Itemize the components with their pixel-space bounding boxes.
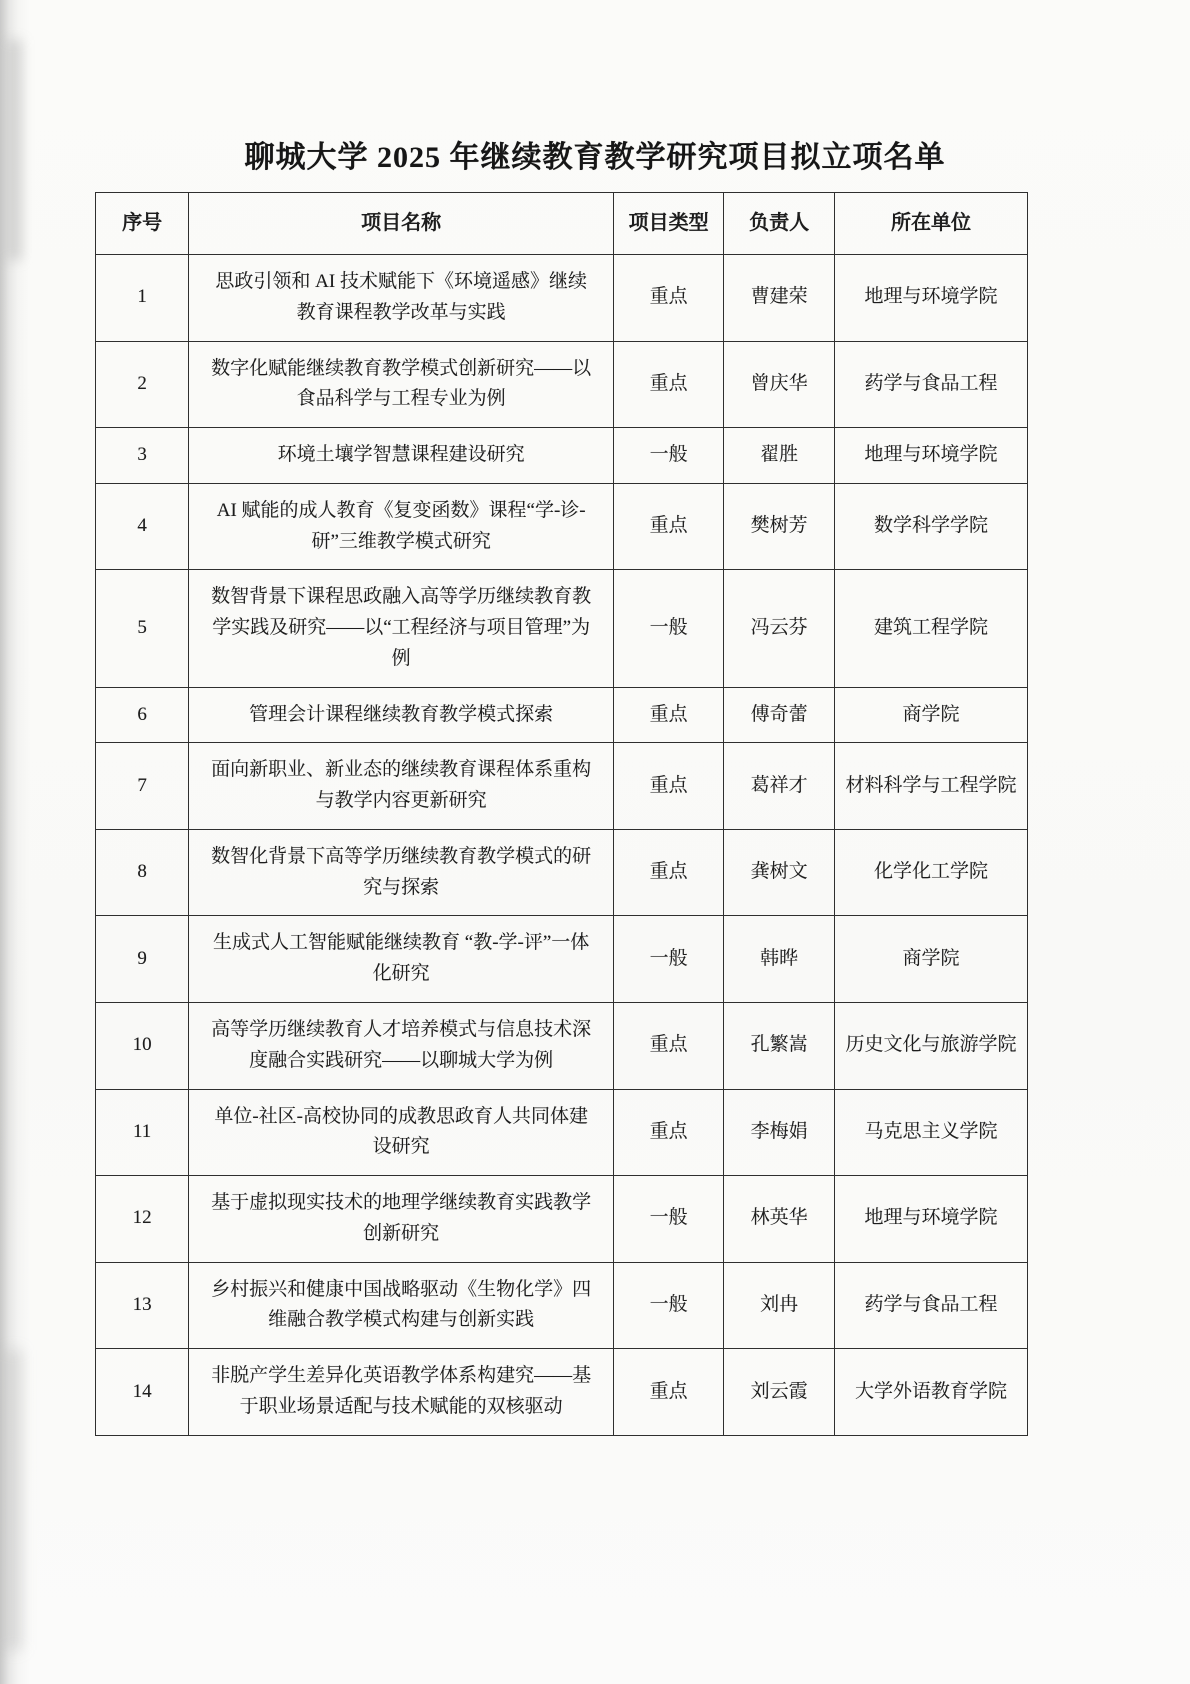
column-header-no: 序号: [96, 193, 189, 255]
row-number-cell: 7: [96, 743, 189, 830]
project-type-cell: 一般: [614, 1262, 724, 1349]
table-row: 9 生成式人工智能赋能继续教育 “教-学-评”一体化研究 一般 韩晔 商学院: [96, 916, 1028, 1003]
row-number-cell: 5: [96, 570, 189, 687]
row-number-cell: 6: [96, 687, 189, 743]
project-name-cell: 数智背景下课程思政融入高等学历继续教育教学实践及研究——以“工程经济与项目管理”…: [189, 570, 614, 687]
table-row: 7 面向新职业、新业态的继续教育课程体系重构与教学内容更新研究 重点 葛祥才 材…: [96, 743, 1028, 830]
row-number-cell: 8: [96, 829, 189, 916]
row-number-cell: 9: [96, 916, 189, 1003]
unit-cell: 药学与食品工程: [835, 341, 1028, 428]
unit-cell: 商学院: [835, 916, 1028, 1003]
row-number-cell: 13: [96, 1262, 189, 1349]
column-header-name: 项目名称: [189, 193, 614, 255]
project-name-cell: 数字化赋能继续教育教学模式创新研究——以食品科学与工程专业为例: [189, 341, 614, 428]
table-row: 6 管理会计课程继续教育教学模式探索 重点 傅奇蕾 商学院: [96, 687, 1028, 743]
project-type-cell: 重点: [614, 1003, 724, 1090]
leader-cell: 龚树文: [724, 829, 835, 916]
table-body: 1 思政引领和 AI 技术赋能下《环境遥感》继续教育课程教学改革与实践 重点 曹…: [96, 255, 1028, 1436]
row-number-cell: 11: [96, 1089, 189, 1176]
leader-cell: 冯云芬: [724, 570, 835, 687]
leader-cell: 翟胜: [724, 428, 835, 484]
column-header-type: 项目类型: [614, 193, 724, 255]
leader-cell: 韩晔: [724, 916, 835, 1003]
project-name-cell: 基于虚拟现实技术的地理学继续教育实践教学创新研究: [189, 1176, 614, 1263]
table-row: 8 数智化背景下高等学历继续教育教学模式的研究与探索 重点 龚树文 化学化工学院: [96, 829, 1028, 916]
project-type-cell: 一般: [614, 570, 724, 687]
project-type-cell: 一般: [614, 1176, 724, 1263]
project-type-cell: 一般: [614, 428, 724, 484]
table-row: 10 高等学历继续教育人才培养模式与信息技术深度融合实践研究——以聊城大学为例 …: [96, 1003, 1028, 1090]
unit-cell: 地理与环境学院: [835, 1176, 1028, 1263]
table-row: 14 非脱产学生差异化英语教学体系构建究——基于职业场景适配与技术赋能的双核驱动…: [96, 1349, 1028, 1436]
leader-cell: 樊树芳: [724, 483, 835, 570]
row-number-cell: 1: [96, 255, 189, 342]
leader-cell: 傅奇蕾: [724, 687, 835, 743]
unit-cell: 商学院: [835, 687, 1028, 743]
table-row: 12 基于虚拟现实技术的地理学继续教育实践教学创新研究 一般 林英华 地理与环境…: [96, 1176, 1028, 1263]
project-type-cell: 重点: [614, 743, 724, 830]
project-type-cell: 重点: [614, 1089, 724, 1176]
row-number-cell: 10: [96, 1003, 189, 1090]
project-type-cell: 重点: [614, 341, 724, 428]
leader-cell: 葛祥才: [724, 743, 835, 830]
table-row: 13 乡村振兴和健康中国战略驱动《生物化学》四维融合教学模式构建与创新实践 一般…: [96, 1262, 1028, 1349]
table-row: 3 环境土壤学智慧课程建设研究 一般 翟胜 地理与环境学院: [96, 428, 1028, 484]
page-title: 聊城大学 2025 年继续教育教学研究项目拟立项名单: [0, 132, 1190, 176]
project-name-cell: 生成式人工智能赋能继续教育 “教-学-评”一体化研究: [189, 916, 614, 1003]
table-row: 4 AI 赋能的成人教育《复变函数》课程“学-诊-研”三维教学模式研究 重点 樊…: [96, 483, 1028, 570]
leader-cell: 曾庆华: [724, 341, 835, 428]
table-header: 序号 项目名称 项目类型 负责人 所在单位: [96, 193, 1028, 255]
unit-cell: 历史文化与旅游学院: [835, 1003, 1028, 1090]
unit-cell: 材料科学与工程学院: [835, 743, 1028, 830]
leader-cell: 刘冉: [724, 1262, 835, 1349]
table-row: 11 单位-社区-高校协同的成教思政育人共同体建设研究 重点 李梅娟 马克思主义…: [96, 1089, 1028, 1176]
project-type-cell: 重点: [614, 687, 724, 743]
project-type-cell: 一般: [614, 916, 724, 1003]
project-name-cell: 高等学历继续教育人才培养模式与信息技术深度融合实践研究——以聊城大学为例: [189, 1003, 614, 1090]
row-number-cell: 14: [96, 1349, 189, 1436]
table-row: 2 数字化赋能继续教育教学模式创新研究——以食品科学与工程专业为例 重点 曾庆华…: [96, 341, 1028, 428]
project-name-cell: 数智化背景下高等学历继续教育教学模式的研究与探索: [189, 829, 614, 916]
unit-cell: 化学化工学院: [835, 829, 1028, 916]
row-number-cell: 12: [96, 1176, 189, 1263]
leader-cell: 李梅娟: [724, 1089, 835, 1176]
unit-cell: 大学外语教育学院: [835, 1349, 1028, 1436]
leader-cell: 林英华: [724, 1176, 835, 1263]
column-header-leader: 负责人: [724, 193, 835, 255]
unit-cell: 马克思主义学院: [835, 1089, 1028, 1176]
unit-cell: 建筑工程学院: [835, 570, 1028, 687]
leader-cell: 曹建荣: [724, 255, 835, 342]
project-name-cell: 环境土壤学智慧课程建设研究: [189, 428, 614, 484]
project-type-cell: 重点: [614, 483, 724, 570]
project-type-cell: 重点: [614, 1349, 724, 1436]
row-number-cell: 4: [96, 483, 189, 570]
unit-cell: 药学与食品工程: [835, 1262, 1028, 1349]
project-name-cell: 面向新职业、新业态的继续教育课程体系重构与教学内容更新研究: [189, 743, 614, 830]
unit-cell: 数学科学学院: [835, 483, 1028, 570]
leader-cell: 孔繁嵩: [724, 1003, 835, 1090]
column-header-unit: 所在单位: [835, 193, 1028, 255]
project-name-cell: 思政引领和 AI 技术赋能下《环境遥感》继续教育课程教学改革与实践: [189, 255, 614, 342]
project-type-cell: 重点: [614, 829, 724, 916]
table-row: 1 思政引领和 AI 技术赋能下《环境遥感》继续教育课程教学改革与实践 重点 曹…: [96, 255, 1028, 342]
unit-cell: 地理与环境学院: [835, 428, 1028, 484]
project-name-cell: 非脱产学生差异化英语教学体系构建究——基于职业场景适配与技术赋能的双核驱动: [189, 1349, 614, 1436]
table-row: 5 数智背景下课程思政融入高等学历继续教育教学实践及研究——以“工程经济与项目管…: [96, 570, 1028, 687]
unit-cell: 地理与环境学院: [835, 255, 1028, 342]
row-number-cell: 3: [96, 428, 189, 484]
project-name-cell: AI 赋能的成人教育《复变函数》课程“学-诊-研”三维教学模式研究: [189, 483, 614, 570]
leader-cell: 刘云霞: [724, 1349, 835, 1436]
scan-edge-artifact: [0, 0, 30, 1684]
row-number-cell: 2: [96, 341, 189, 428]
project-name-cell: 管理会计课程继续教育教学模式探索: [189, 687, 614, 743]
scan-smudge-artifact: [6, 1350, 22, 1650]
project-name-cell: 单位-社区-高校协同的成教思政育人共同体建设研究: [189, 1089, 614, 1176]
project-type-cell: 重点: [614, 255, 724, 342]
project-name-cell: 乡村振兴和健康中国战略驱动《生物化学》四维融合教学模式构建与创新实践: [189, 1262, 614, 1349]
projects-table: 序号 项目名称 项目类型 负责人 所在单位 1 思政引领和 AI 技术赋能下《环…: [95, 192, 1028, 1436]
